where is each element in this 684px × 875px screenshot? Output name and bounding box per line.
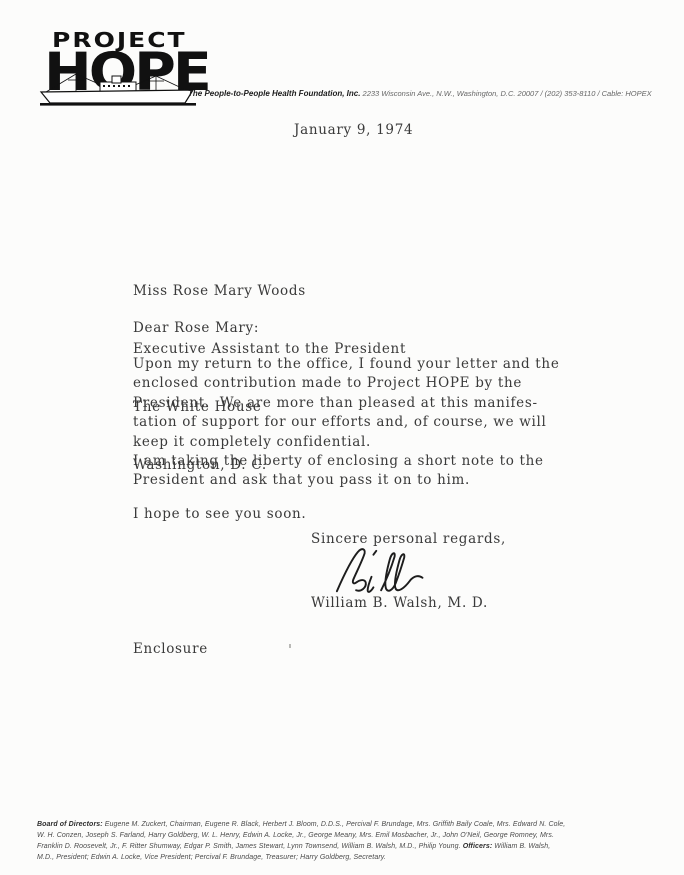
scan-speck — [289, 644, 291, 648]
footer-text-segment: W. H. Conzen, Joseph S. Farland, Harry G… — [37, 832, 554, 839]
recipient-line: Miss Rose Mary Woods — [133, 282, 406, 301]
letter-page: PROJECT HOPE — [0, 0, 684, 875]
body-paragraph: I hope to see you soon. — [133, 505, 583, 524]
footer-text-segment: Board of Directors: — [37, 821, 103, 828]
enclosure-note: Enclosure — [133, 640, 208, 659]
footer-line: Board of Directors: Eugene M. Zuckert, C… — [37, 819, 655, 830]
project-hope-logo: PROJECT HOPE — [44, 28, 194, 106]
salutation: Dear Rose Mary: — [133, 319, 259, 338]
ship-icon — [38, 72, 198, 106]
signature-image — [330, 547, 438, 597]
footer-text-segment: Eugene M. Zuckert, Chairman, Eugene R. B… — [103, 821, 566, 828]
footer-text-segment: M.D., President; Edwin A. Locke, Vice Pr… — [37, 854, 386, 861]
letterhead-line: The People-to-People Health Foundation, … — [188, 89, 668, 98]
org-address: 2233 Wisconsin Ave., N.W., Washington, D… — [360, 89, 651, 98]
board-footer: Board of Directors: Eugene M. Zuckert, C… — [37, 819, 655, 863]
signer-name: William B. Walsh, M. D. — [311, 594, 488, 613]
footer-text-segment: Franklin D. Roosevelt, Jr., F. Ritter Sh… — [37, 843, 463, 850]
org-name: The People-to-People Health Foundation, … — [188, 89, 360, 98]
footer-text-segment: William B. Walsh, — [492, 843, 550, 850]
footer-line: W. H. Conzen, Joseph S. Farland, Harry G… — [37, 830, 655, 841]
footer-line: Franklin D. Roosevelt, Jr., F. Ritter Sh… — [37, 841, 655, 852]
body-paragraph: I am taking the liberty of enclosing a s… — [133, 452, 583, 491]
footer-text-segment: Officers: — [463, 843, 493, 850]
footer-line: M.D., President; Edwin A. Locke, Vice Pr… — [37, 852, 655, 863]
letter-date: January 9, 1974 — [294, 121, 413, 140]
body-paragraph: Upon my return to the office, I found yo… — [133, 355, 583, 452]
